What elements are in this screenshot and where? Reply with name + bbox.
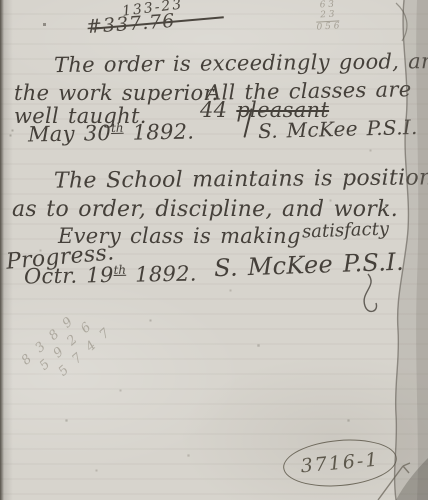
attendance-count: 44 [200,98,227,122]
entry-oct-date: Octr. 19th 1892. [24,262,197,288]
pencil-scribble-bottom-left: 8 3 8 9 5 9 2 6 5 7 4 7 [19,299,116,393]
ledger-total: #337.76 [85,10,176,38]
entry-oct-line1: The School maintains is position [54,166,428,193]
torn-edge-inner-shade [416,0,428,500]
entry-may-line2a: the work superior. [14,82,219,105]
date-year: 1892. [132,120,194,145]
scanned-handwritten-page: 133-23 #337.76 6 3 2 3 0 5 6 The order i… [0,0,428,500]
page-curl-line [396,3,407,41]
date-day: Octr. 19 [24,263,114,289]
signature-flourish [364,274,376,311]
catalog-number-oval: 3716-1 [281,435,399,491]
entry-oct-line2: as to order, discipline, and work. [12,198,398,222]
entry-may-date: May 30th 1892. [28,121,195,147]
date-ordinal: th [111,121,124,135]
catalog-number: 3716-1 [300,449,380,478]
date-ordinal: th [113,263,126,277]
pencil-arithmetic-top-right: 6 3 2 3 0 5 6 [315,0,340,33]
entry-oct-line3b: satisfacty [302,219,390,242]
bottom-right-dark-corner [396,458,428,500]
paper-specks [0,0,1,1]
entry-oct-signature: S. McKee P.S.I. [214,249,405,282]
entry-may-line1: The order is exceedingly good, and [54,50,428,77]
pencil-top-line3: 0 5 6 [316,21,339,33]
date-year: 1892. [135,261,197,286]
scan-left-edge [0,0,4,500]
entry-may-signature: S. McKee P.S.I. [258,116,418,142]
date-day: May 30 [28,121,111,146]
